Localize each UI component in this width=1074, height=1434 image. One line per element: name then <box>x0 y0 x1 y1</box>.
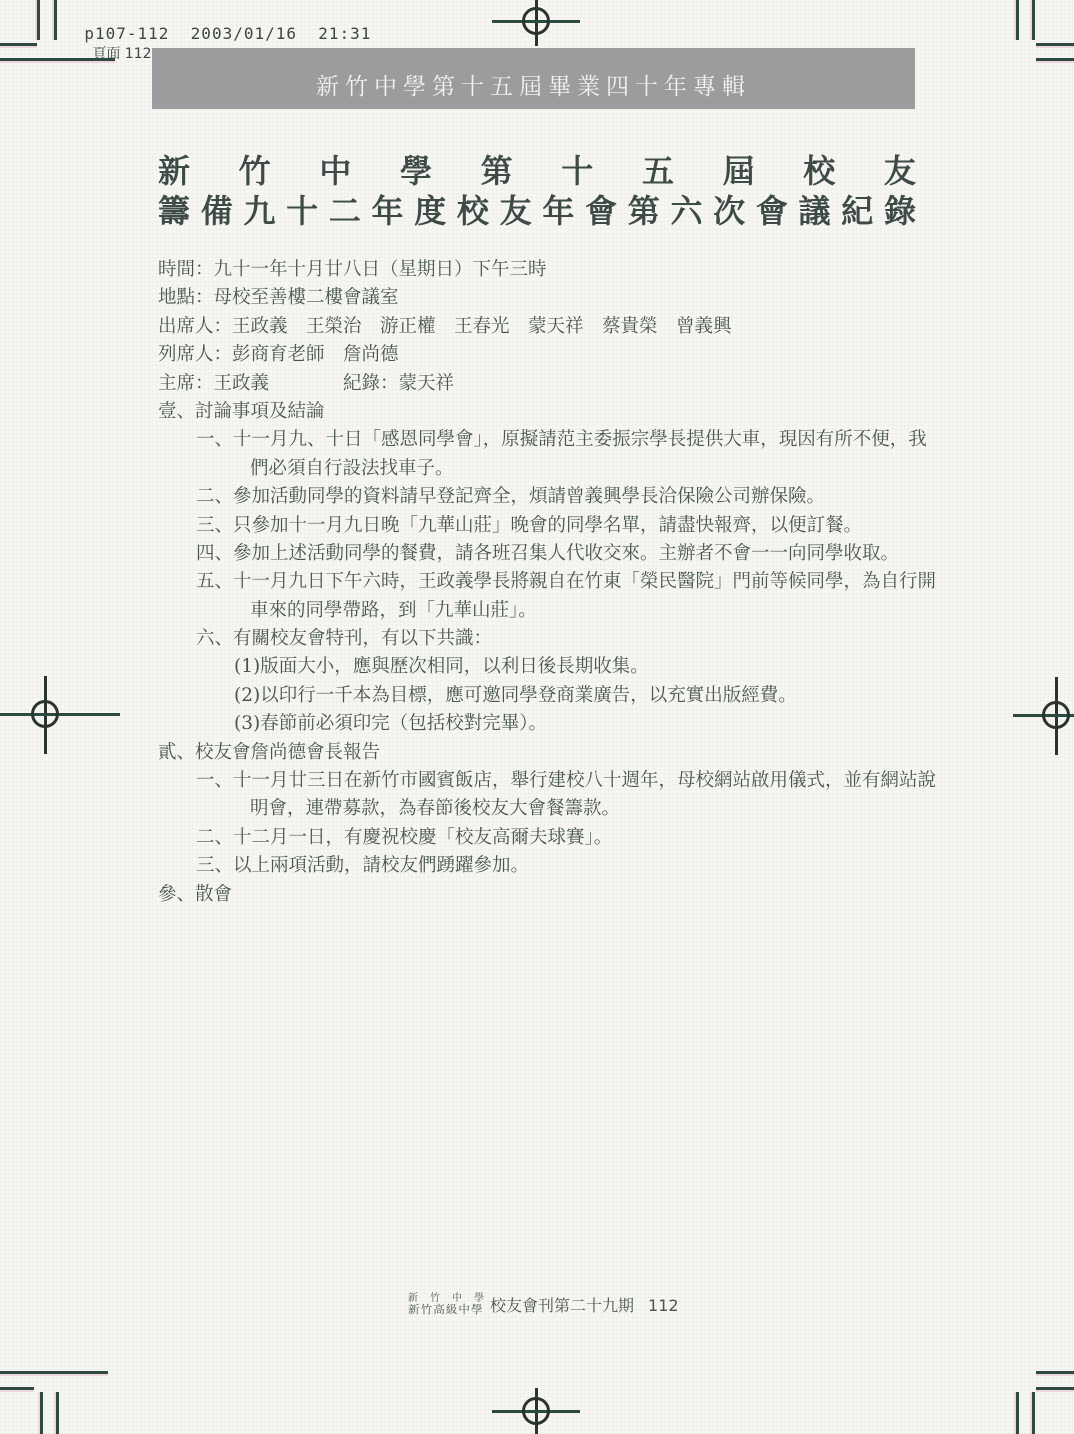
doc-line: 明會，連帶募款，為春節後校友大會餐籌款。 <box>250 795 928 823</box>
doc-line: 二、十二月一日，有慶祝校慶「校友高爾夫球賽」。 <box>196 824 928 852</box>
doc-line: 四、參加上述活動同學的餐費，請各班召集人代收交來。主辦者不會一一向同學收取。 <box>196 540 928 568</box>
section-3-heading: 參、散會 <box>158 881 928 909</box>
doc-line: 們必須自行設法找車子。 <box>250 455 928 483</box>
document-title-line-1: 新竹中學第十五屆校友 <box>158 152 916 190</box>
section-2-heading: 貳、校友會詹尚德會長報告 <box>158 739 928 767</box>
meta-time-line: 時間：九十一年十月廿八日（星期日）下午三時 <box>158 256 928 284</box>
doc-line: 三、以上兩項活動，請校友們踴躍參加。 <box>196 852 928 880</box>
section-1-heading: 壹、討論事項及結論 <box>158 398 928 426</box>
doc-line: (3)春節前必須印完（包括校對完畢）。 <box>234 710 928 738</box>
school-stamp: 新竹中學 新竹高級中學 <box>408 1293 484 1316</box>
chapter-banner: 新竹中學第十五屆畢業四十年專輯 <box>152 48 915 109</box>
scan-page-label: 頁面 112 <box>92 46 151 62</box>
page-number: 112 <box>648 1296 679 1316</box>
scan-filename-timestamp: p107-112 2003/01/16 21:31 <box>84 24 371 43</box>
meta-place-line: 地點：母校至善樓二樓會議室 <box>158 284 928 312</box>
document-body: 時間：九十一年十月廿八日（星期日）下午三時 地點：母校至善樓二樓會議室 出席人：… <box>158 256 928 909</box>
scanned-document-page: p107-112 2003/01/16 21:31 頁面 112 新竹中學第十五… <box>0 0 1074 1434</box>
doc-line: 三、只參加十一月九日晚「九華山莊」晚會的同學名單，請盡快報齊，以便訂餐。 <box>196 512 928 540</box>
doc-line: 一、十一月九、十日「感恩同學會」，原擬請范主委振宗學長提供大車，現因有所不便，我 <box>196 426 928 454</box>
school-stamp-line-2: 新竹高級中學 <box>408 1304 488 1316</box>
doc-line: 六、有關校友會特刊，有以下共識： <box>196 625 928 653</box>
doc-line: (1)版面大小，應與歷次相同，以利日後長期收集。 <box>234 653 928 681</box>
doc-line: 車來的同學帶路，到「九華山莊」。 <box>250 597 928 625</box>
document-title-line-2: 籌備九十二年度校友年會第六次會議紀錄 <box>158 192 916 230</box>
journal-title: 校友會刊第二十九期 <box>490 1296 634 1316</box>
doc-line: 二、參加活動同學的資料請早登記齊全，煩請曾義興學長洽保險公司辦保險。 <box>196 483 928 511</box>
meta-attendees-line: 出席人：王政義 王榮治 游正權 王春光 蒙天祥 蔡貴榮 曾義興 <box>158 313 928 341</box>
page-footer: 新竹中學 新竹高級中學 校友會刊第二十九期 112 <box>408 1293 679 1316</box>
meta-chair-line: 主席：王政義 紀錄：蒙天祥 <box>158 370 928 398</box>
doc-line: 五、十一月九日下午六時，王政義學長將親自在竹東「榮民醫院」門前等候同學，為自行開 <box>196 568 928 596</box>
doc-line: 一、十一月廿三日在新竹市國賓飯店，舉行建校八十週年，母校網站啟用儀式，並有網站說 <box>196 767 928 795</box>
doc-line: (2)以印行一千本為目標，應可邀同學登商業廣告，以充實出版經費。 <box>234 682 928 710</box>
chapter-banner-title: 新竹中學第十五屆畢業四十年專輯 <box>316 56 751 101</box>
meta-observers-line: 列席人：彭商育老師 詹尚德 <box>158 341 928 369</box>
